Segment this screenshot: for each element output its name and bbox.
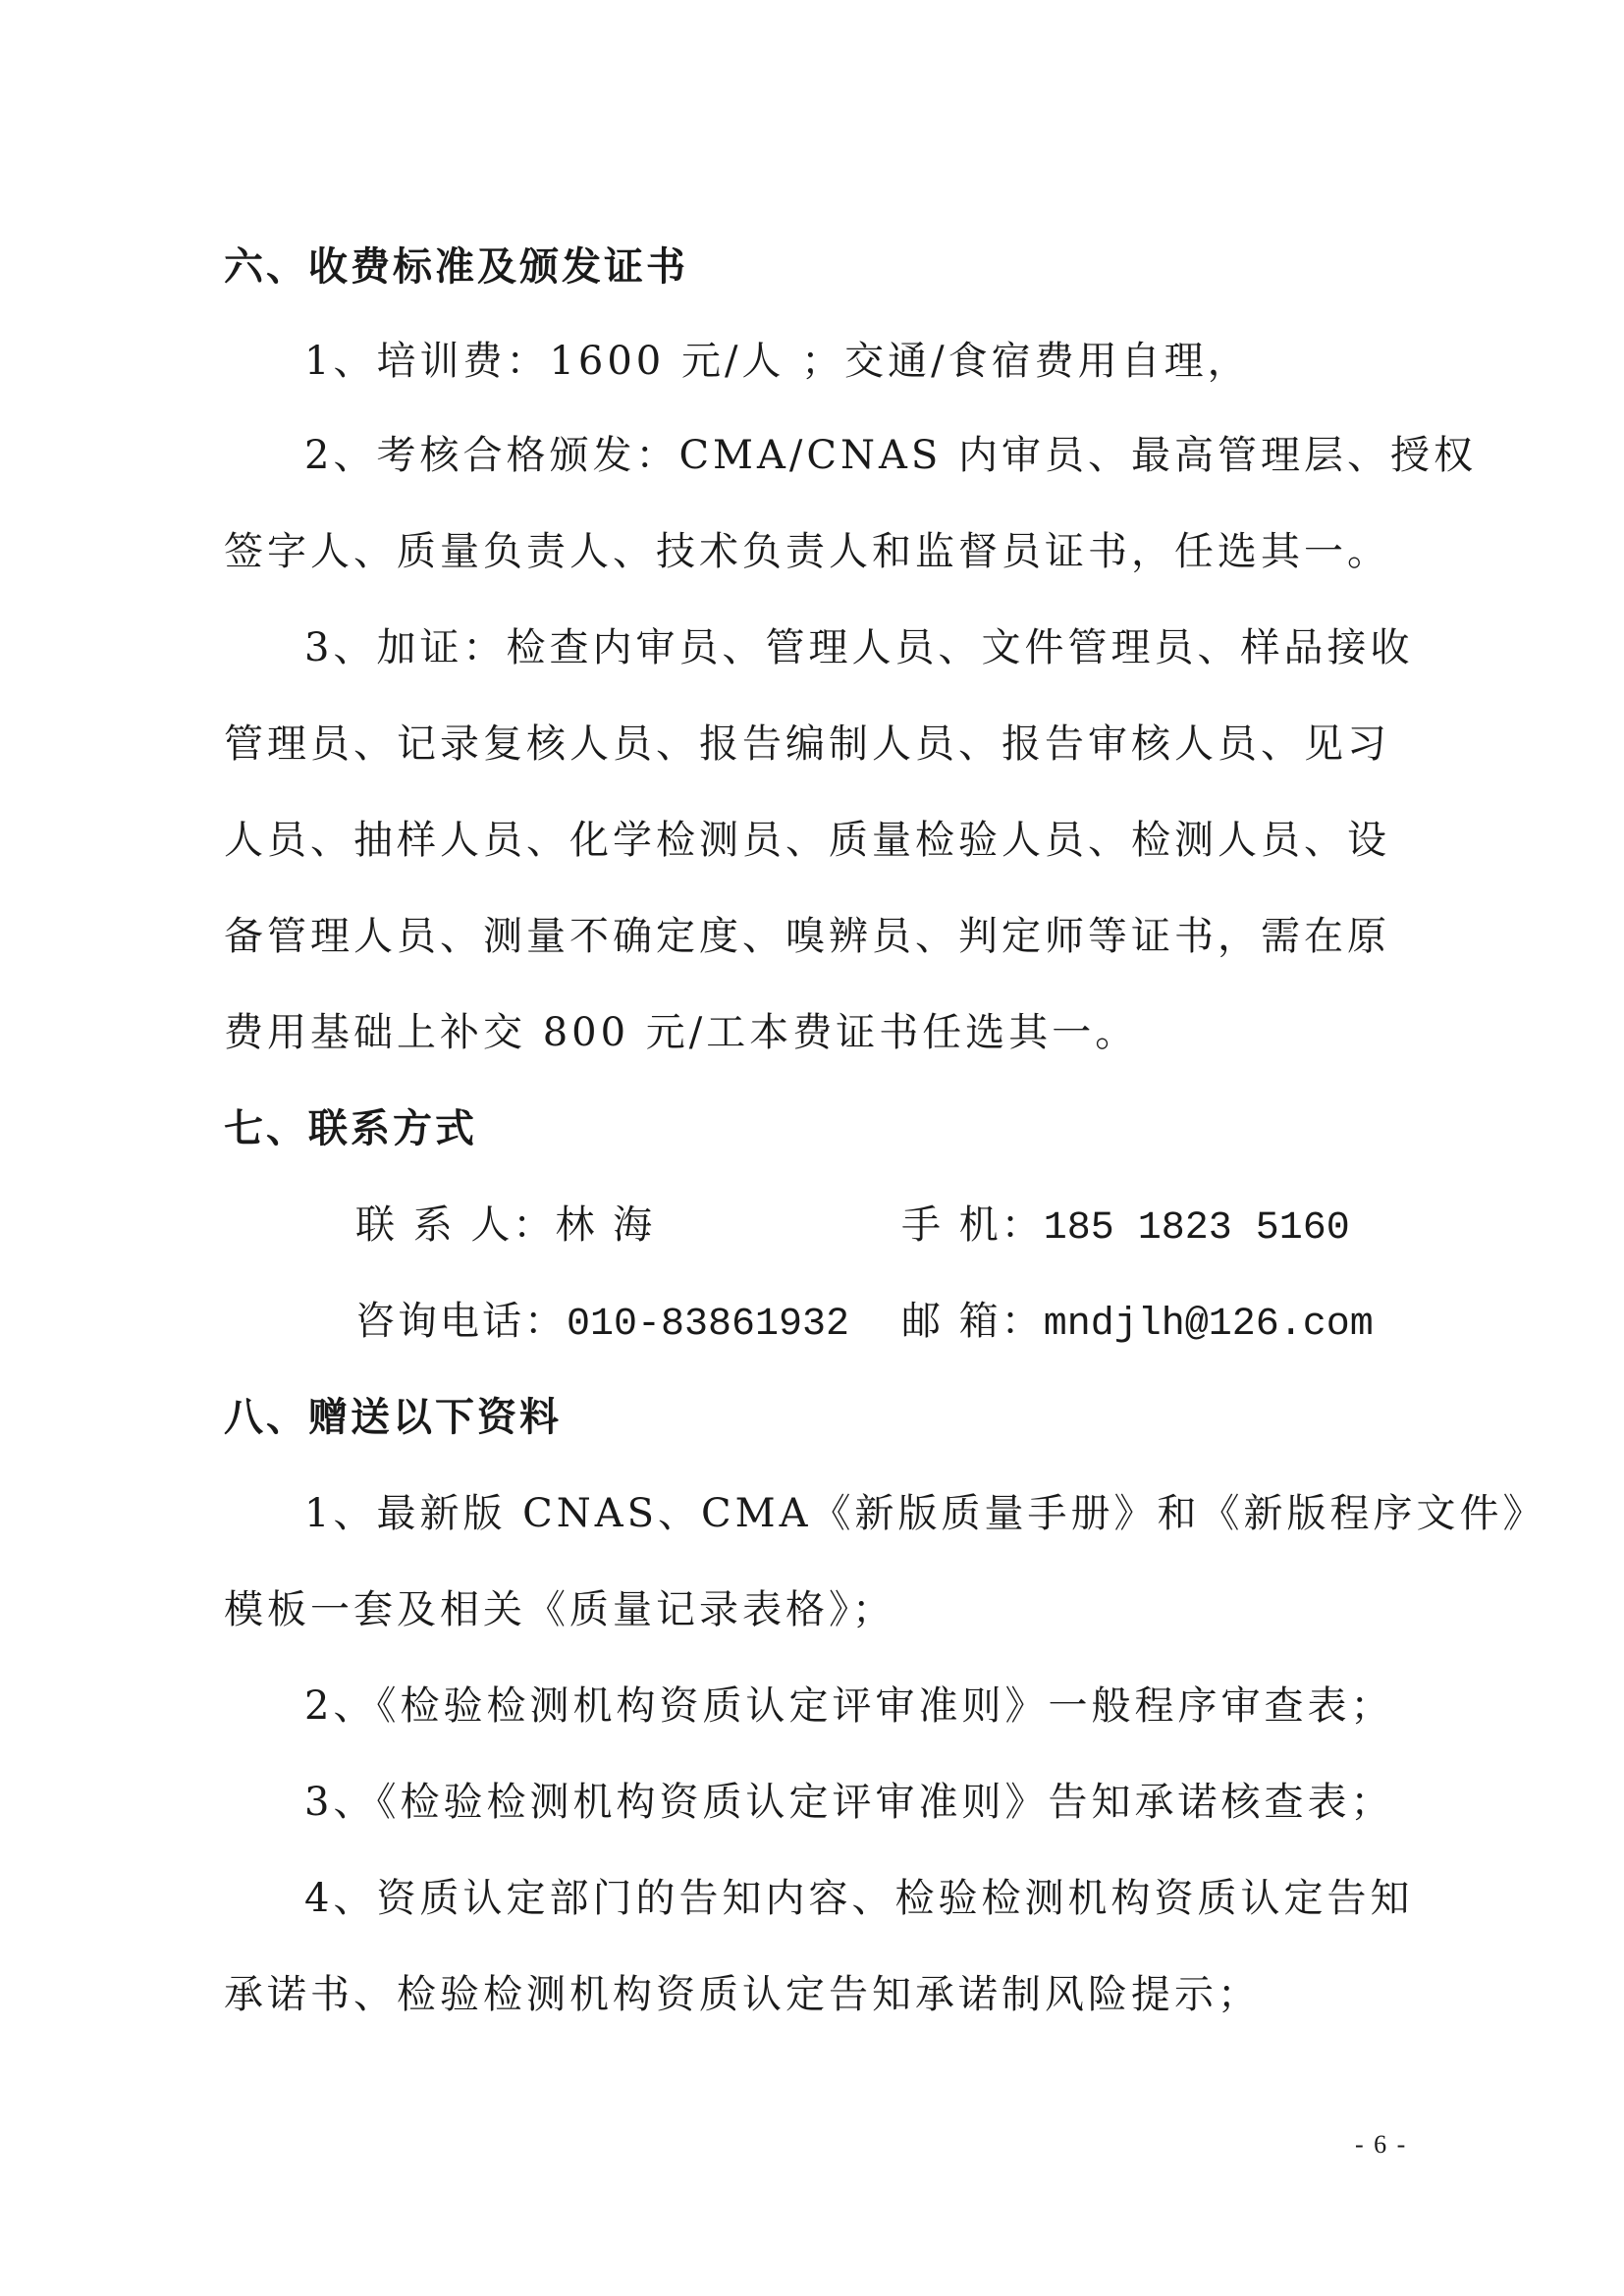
section-8-item-4-line-1: 4、资质认定部门的告知内容、检验检测机构资质认定告知 [304, 1875, 1413, 1922]
contact-person-label: 联 系 人： [355, 1202, 555, 1248]
section-6-item-3-line-1: 3、加证：检查内审员、管理人员、文件管理员、样品接收 [304, 624, 1413, 671]
section-8-item-1-line-2: 模板一套及相关《质量记录表格》； [224, 1586, 895, 1633]
document-page: 六、收费标准及颁发证书 1、培训费：1600 元/人 ；交通/食宿费用自理， 2… [0, 0, 1624, 2296]
mobile-row: 手 机：185 1823 5160 [901, 1201, 1350, 1253]
section-6-item-2-line-1: 2、考核合格颁发：CMA/CNAS 内审员、最高管理层、授权 [304, 432, 1477, 479]
section-8-item-1-line-1: 1、最新版 CNAS、CMA《新版质量手册》和《新版程序文件》 [304, 1490, 1546, 1537]
section-6-item-3-line-2: 管理员、记录复核人员、报告编制人员、报告审核人员、见习 [224, 721, 1390, 768]
email-row: 邮 箱：mndjlh@126.com [901, 1298, 1374, 1349]
email-value: mndjlh@126.com [1044, 1303, 1374, 1347]
section-6-item-1: 1、培训费：1600 元/人 ；交通/食宿费用自理， [304, 338, 1251, 385]
section-8-item-2: 2、《检验检测机构资质认定评审准则》一般程序审查表； [304, 1682, 1393, 1730]
section-6-item-3-line-4: 备管理人员、测量不确定度、嗅辨员、判定师等证书，需在原 [224, 913, 1390, 960]
phone-label: 咨询电话： [355, 1299, 567, 1344]
phone-row: 咨询电话：010-83861932 [355, 1298, 849, 1349]
phone-value: 010-83861932 [567, 1303, 849, 1347]
section-8-item-4-line-2: 承诺书、检验检测机构资质认定告知承诺制风险提示； [224, 1971, 1261, 2018]
mobile-label: 手 机： [901, 1202, 1044, 1248]
section-6-heading: 六、收费标准及颁发证书 [224, 243, 688, 291]
contact-person-row: 联 系 人：林 海 [355, 1201, 655, 1249]
section-8-heading: 八、赠送以下资料 [224, 1394, 562, 1441]
section-6-item-3-line-3: 人员、抽样人员、化学检测员、质量检验人员、检测人员、设 [224, 817, 1390, 864]
section-6-item-2-line-2: 签字人、质量负责人、技术负责人和监督员证书，任选其一。 [224, 528, 1390, 575]
page-number: - 6 - [1355, 2130, 1407, 2160]
section-6-item-3-line-5: 费用基础上补交 800 元/工本费证书任选其一。 [224, 1009, 1138, 1056]
contact-person-value: 林 海 [555, 1202, 655, 1248]
section-8-item-3: 3、《检验检测机构资质认定评审准则》告知承诺核查表； [304, 1779, 1393, 1826]
section-7-heading: 七、联系方式 [224, 1105, 477, 1152]
mobile-value: 185 1823 5160 [1044, 1206, 1350, 1251]
email-label: 邮 箱： [901, 1299, 1044, 1344]
